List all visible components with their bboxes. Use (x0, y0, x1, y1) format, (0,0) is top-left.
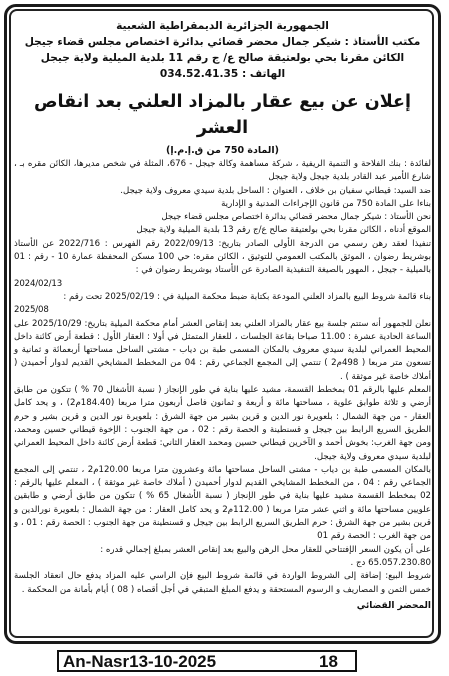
auction-announcement-paragraph: نعلن للجمهور أنه ستتم جلسة بيع عقار بالم… (14, 318, 431, 384)
opening-price-paragraph: على أن يكون السعر الإفتتاحي للعقار محل ا… (14, 544, 431, 557)
phone-label: الهاتف : (242, 68, 285, 80)
phone-number: 034.52.41.35 (160, 68, 238, 80)
sale-conditions-paragraph: شروط البيع: إضافة إلى الشروط الواردة في … (14, 570, 431, 597)
legal-basis-paragraph: بناءا على المادة 750 من قانون الإجراءات … (14, 198, 431, 211)
republic-name: الجمهورية الجزائرية الديمقراطية الشعبية (14, 18, 431, 34)
mortgage-date: 2024/02/13 (14, 278, 431, 291)
publication-name-date: An-Nasr13-10-2025 (63, 651, 216, 673)
notice-content: الجمهورية الجزائرية الديمقراطية الشعبية … (14, 18, 431, 613)
office-address: الكائن مقرنا بحي بولعتيقة صالح ع/ ج رقم … (14, 50, 431, 66)
beneficiary-paragraph: لفائدة : بنك الفلاحة و التنمية الريفية ،… (14, 158, 431, 185)
defendant-paragraph: ضد السيد: قيطاني سفيان بن خلاف ، العنوان… (14, 185, 431, 198)
notice-header: الجمهورية الجزائرية الديمقراطية الشعبية … (14, 18, 431, 82)
page-number: 18 (319, 651, 338, 673)
publication-footer: An-Nasr13-10-2025 18 (57, 650, 357, 672)
mortgage-paragraph: تنفيذا لعقد رهن رسمي من الدرجة الأولى ال… (14, 238, 431, 278)
office-phone: الهاتف : 034.52.41.35 (14, 66, 431, 82)
notice-title: إعلان عن بيع عقار بالمزاد العلني بعد انق… (14, 89, 431, 141)
opening-price-amount: 65.057.230.80 دج . (14, 557, 431, 570)
signature: المحضر القضائي (14, 599, 431, 613)
conditions-number: 2025/08 (14, 304, 431, 317)
bailiff-paragraph: نحن الأستاذ : شيكر جمال محضر قضائي بدائر… (14, 211, 431, 224)
notice-body: لفائدة : بنك الفلاحة و التنمية الريفية ،… (14, 158, 431, 613)
office-name: مكتب الأستاذ : شيكر جمال محضر قضائي بدائ… (14, 34, 431, 50)
article-reference: (المادة 750 من ق.إ.م.إ) (14, 144, 431, 158)
property-one-paragraph: المعلم عليها بالرقم 01 بمخطط القسمة، مشي… (14, 384, 431, 464)
conditions-paragraph: بناء قائمة شروط البيع بالمزاد العلني الم… (14, 291, 431, 304)
bailiff-address-paragraph: الموقع أدناه ، الكائن مقرنا بحي بولعتيقة… (14, 224, 431, 237)
property-two-paragraph: بالمكان المسمى طبة بن دياب - مشتى الساحل… (14, 464, 431, 544)
